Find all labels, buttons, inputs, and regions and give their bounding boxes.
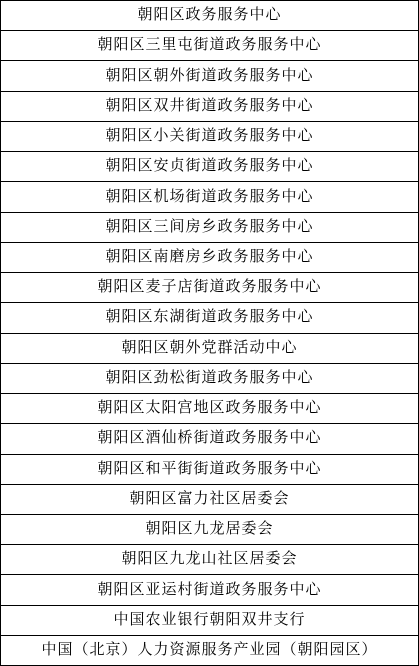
row-label: 朝阳区富力社区居委会 (129, 492, 289, 507)
table-row[interactable]: 朝阳区小关街道政务服务中心 (1, 122, 418, 152)
row-label: 中国（北京）人力资源服务产业园（朝阳园区） (41, 643, 377, 658)
table-row[interactable]: 朝阳区三间房乡政务服务中心 (1, 213, 418, 243)
row-label: 朝阳区机场街道政务服务中心 (105, 190, 313, 205)
row-label: 朝阳区三间房乡政务服务中心 (105, 220, 313, 235)
row-label: 朝阳区劲松街道政务服务中心 (105, 371, 313, 386)
table-row[interactable]: 朝阳区九龙居委会 (1, 515, 418, 545)
row-label: 中国农业银行朝阳双井支行 (113, 613, 305, 628)
table-row[interactable]: 朝阳区三里屯街道政务服务中心 (1, 31, 418, 61)
table-row[interactable]: 朝阳区劲松街道政务服务中心 (1, 364, 418, 394)
table-row[interactable]: 朝阳区朝外党群活动中心 (1, 334, 418, 364)
table-row[interactable]: 朝阳区九龙山社区居委会 (1, 545, 418, 575)
table-row[interactable]: 朝阳区安贞街道政务服务中心 (1, 152, 418, 182)
table-row[interactable]: 朝阳区双井街道政务服务中心 (1, 92, 418, 122)
row-label: 朝阳区九龙山社区居委会 (121, 552, 297, 567)
table-row[interactable]: 朝阳区政务服务中心 (1, 1, 418, 31)
table-row[interactable]: 朝阳区太阳宫地区政务服务中心 (1, 394, 418, 424)
table-row[interactable]: 朝阳区亚运村街道政务服务中心 (1, 575, 418, 605)
row-label: 朝阳区安贞街道政务服务中心 (105, 159, 313, 174)
row-label: 朝阳区亚运村街道政务服务中心 (97, 583, 321, 598)
table-row[interactable]: 中国（北京）人力资源服务产业园（朝阳园区） (1, 636, 418, 665)
table-row[interactable]: 朝阳区东湖街道政务服务中心 (1, 303, 418, 333)
service-center-table: 朝阳区政务服务中心 朝阳区三里屯街道政务服务中心 朝阳区朝外街道政务服务中心 朝… (0, 0, 419, 666)
row-label: 朝阳区东湖街道政务服务中心 (105, 310, 313, 325)
row-label: 朝阳区和平街街道政务服务中心 (97, 462, 321, 477)
row-label: 朝阳区三里屯街道政务服务中心 (97, 38, 321, 53)
table-row[interactable]: 朝阳区麦子店街道政务服务中心 (1, 273, 418, 303)
row-label: 朝阳区麦子店街道政务服务中心 (97, 280, 321, 295)
table-row[interactable]: 朝阳区和平街街道政务服务中心 (1, 455, 418, 485)
row-label: 朝阳区九龙居委会 (145, 522, 273, 537)
table-row[interactable]: 朝阳区机场街道政务服务中心 (1, 182, 418, 212)
row-label: 朝阳区朝外党群活动中心 (121, 341, 297, 356)
table-row[interactable]: 朝阳区南磨房乡政务服务中心 (1, 243, 418, 273)
row-label: 朝阳区南磨房乡政务服务中心 (105, 250, 313, 265)
row-label: 朝阳区太阳宫地区政务服务中心 (97, 401, 321, 416)
row-label: 朝阳区朝外街道政务服务中心 (105, 69, 313, 84)
row-label: 朝阳区酒仙桥街道政务服务中心 (97, 431, 321, 446)
table-row[interactable]: 朝阳区朝外街道政务服务中心 (1, 61, 418, 91)
table-row[interactable]: 朝阳区富力社区居委会 (1, 485, 418, 515)
row-label: 朝阳区双井街道政务服务中心 (105, 99, 313, 114)
row-label: 朝阳区政务服务中心 (137, 8, 281, 23)
table-row[interactable]: 中国农业银行朝阳双井支行 (1, 606, 418, 636)
row-label: 朝阳区小关街道政务服务中心 (105, 129, 313, 144)
table-row[interactable]: 朝阳区酒仙桥街道政务服务中心 (1, 424, 418, 454)
